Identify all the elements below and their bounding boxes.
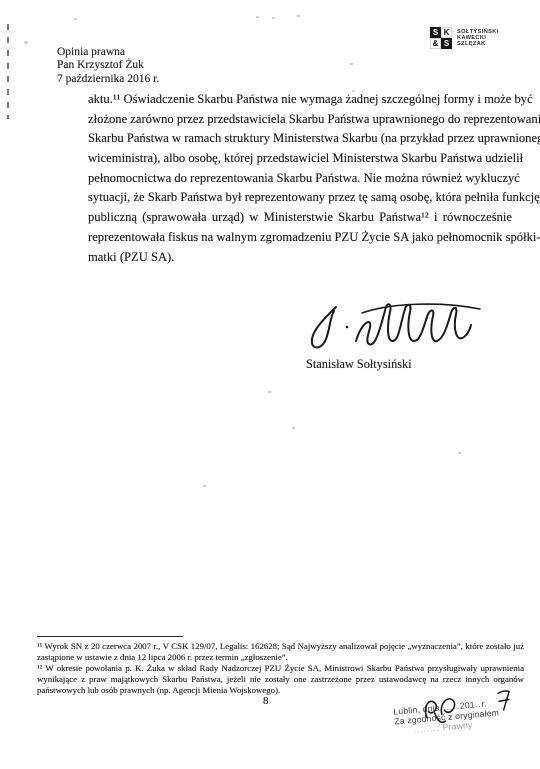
scan-speck bbox=[256, 16, 259, 18]
logo-square-k: K bbox=[441, 27, 452, 38]
document-header: Opinia prawna Pan Krzysztof Żuk 7 paździ… bbox=[57, 46, 159, 86]
logo-square-s1: S bbox=[430, 27, 441, 38]
scan-speck bbox=[74, 18, 77, 20]
scanned-legal-opinion-page: Opinia prawna Pan Krzysztof Żuk 7 paździ… bbox=[0, 0, 540, 769]
body-line: złożone zarówno przez przedstawiciela Sk… bbox=[88, 112, 512, 132]
certification-stamp: Lublin, dnia......201..r. Za zgodność z … bbox=[393, 694, 540, 737]
body-line: wiceministra), albo osobę, której przeds… bbox=[88, 151, 512, 171]
left-margin-binding-marks bbox=[7, 24, 9, 119]
scan-speck bbox=[292, 427, 295, 429]
law-firm-name: SOŁTYSIŃSKI KAWECKI SZLĘZAK bbox=[457, 29, 499, 47]
footnotes-block: ¹¹ Wyrok SN z 20 czerwca 2007 r., V CSK … bbox=[37, 641, 524, 696]
body-line: Skarbu Państwa w ramach struktury Minist… bbox=[88, 131, 512, 151]
footnote-11: ¹¹ Wyrok SN z 20 czerwca 2007 r., V CSK … bbox=[37, 641, 524, 663]
logo-square-amp: & bbox=[430, 38, 441, 49]
logo-mark: S K & S bbox=[430, 27, 452, 49]
law-firm-logo: S K & S SOŁTYSIŃSKI KAWECKI SZLĘZAK bbox=[430, 27, 499, 49]
addressee: Pan Krzysztof Żuk bbox=[57, 59, 159, 72]
scan-speck bbox=[272, 17, 275, 19]
body-line: sytuacji, że Skarb Państwa był reprezent… bbox=[88, 190, 512, 210]
footnote-12: ¹² W okresie powołania p. K. Żuka w skła… bbox=[37, 663, 524, 696]
body-line: publiczną (sprawowała urząd) w Ministers… bbox=[88, 210, 512, 230]
opinion-body-paragraph: aktu.¹¹ Oświadczenie Skarbu Państwa nie … bbox=[88, 92, 512, 269]
scan-speck bbox=[268, 391, 271, 393]
handwritten-signature-image bbox=[290, 297, 500, 359]
signer-name: Stanisław Sołtysiński bbox=[306, 357, 412, 372]
page-number: 8 bbox=[263, 695, 269, 707]
scan-speck bbox=[297, 15, 300, 17]
body-line: aktu.¹¹ Oświadczenie Skarbu Państwa nie … bbox=[88, 92, 512, 112]
scan-speck bbox=[24, 41, 28, 44]
scan-speck bbox=[350, 63, 353, 65]
scan-speck bbox=[458, 452, 461, 454]
handwritten-seven bbox=[496, 688, 513, 712]
document-date: 7 października 2016 r. bbox=[57, 73, 159, 86]
document-type: Opinia prawna bbox=[57, 46, 159, 59]
logo-square-s2: S bbox=[441, 38, 452, 49]
scan-speck bbox=[203, 485, 206, 487]
body-line: pełnomocnictwa do reprezentowania Skarbu… bbox=[88, 171, 512, 191]
body-line: reprezentowała fiskus na walnym zgromadz… bbox=[88, 230, 512, 250]
body-line: matki (PZU SA). bbox=[88, 250, 512, 270]
footnote-separator-rule bbox=[37, 636, 183, 637]
